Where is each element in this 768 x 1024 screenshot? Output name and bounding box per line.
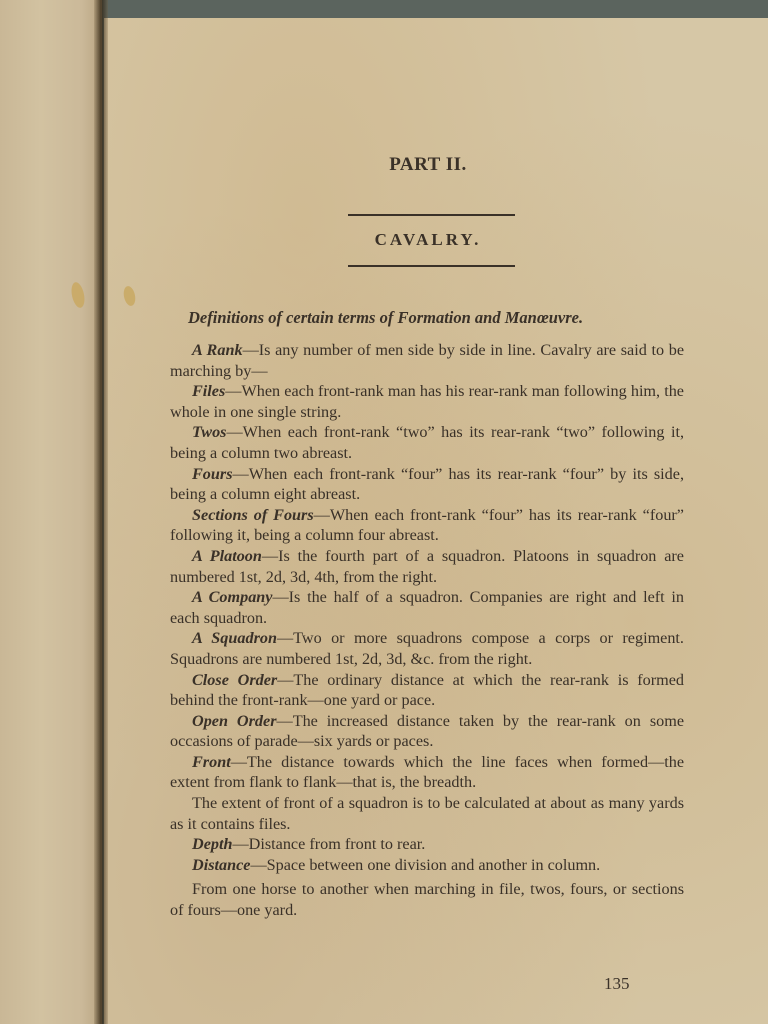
definition-item: Open Order—The increased distance taken …: [170, 711, 684, 752]
definitions-list: A Rank—Is any number of men side by side…: [170, 340, 684, 921]
paragraph-text: The extent of front of a squadron is to …: [170, 794, 684, 833]
definition-term: Fours: [192, 465, 233, 483]
left-page-edge: [0, 0, 102, 1024]
definition-item: A Rank—Is any number of men side by side…: [170, 340, 684, 381]
definition-item: Depth—Distance from front to rear.: [170, 834, 684, 855]
definition-term: A Squadron: [192, 629, 277, 647]
definition-text: —Distance from front to rear.: [232, 835, 425, 853]
page-number: 135: [604, 974, 630, 994]
definition-text: —When each front-rank man has his rear-r…: [170, 382, 684, 421]
definition-item: A Squadron—Two or more squadrons compose…: [170, 628, 684, 669]
definition-item: Twos—When each front-rank “two” has its …: [170, 422, 684, 463]
part-title: PART II.: [170, 154, 686, 176]
divider-rule: [348, 265, 515, 267]
section-title: CAVALRY.: [170, 230, 686, 250]
definition-text: —The distance towards which the line fac…: [170, 753, 684, 792]
definition-item: Distance—Space between one division and …: [170, 855, 684, 876]
definition-term: Twos: [192, 423, 226, 441]
subheading: Definitions of certain terms of Formatio…: [188, 308, 688, 328]
definition-item: Front—The distance towards which the lin…: [170, 752, 684, 793]
definition-text: —When each front-rank “two” has its rear…: [170, 423, 684, 462]
definition-item: Close Order—The ordinary distance at whi…: [170, 670, 684, 711]
definition-term: Distance: [192, 856, 250, 874]
definition-text: —When each front-rank “four” has its rea…: [170, 465, 684, 504]
divider-rule: [348, 214, 515, 216]
definition-term: Sections of Fours: [192, 506, 314, 524]
book-gutter: [94, 0, 108, 1024]
definition-text: —Is any number of men side by side in li…: [170, 341, 684, 380]
definition-text: —Space between one division and another …: [250, 856, 600, 874]
definition-item: Fours—When each front-rank “four” has it…: [170, 464, 684, 505]
definition-term: Close Order: [192, 671, 277, 689]
definition-item: Files—When each front-rank man has his r…: [170, 381, 684, 422]
definition-term: A Rank: [192, 341, 243, 359]
definition-term: Depth: [192, 835, 232, 853]
definition-term: A Platoon: [192, 547, 262, 565]
paragraph: From one horse to another when marching …: [170, 879, 684, 920]
definition-term: Front: [192, 753, 231, 771]
definition-item: A Platoon—Is the fourth part of a squadr…: [170, 546, 684, 587]
paragraph: The extent of front of a squadron is to …: [170, 793, 684, 834]
definition-term: Files: [192, 382, 225, 400]
definition-item: Sections of Fours—When each front-rank “…: [170, 505, 684, 546]
definition-item: A Company—Is the half of a squadron. Com…: [170, 587, 684, 628]
definition-term: Open Order: [192, 712, 277, 730]
definition-term: A Company: [192, 588, 272, 606]
paragraph-text: From one horse to another when marching …: [170, 880, 684, 919]
background-surface: [0, 0, 768, 20]
